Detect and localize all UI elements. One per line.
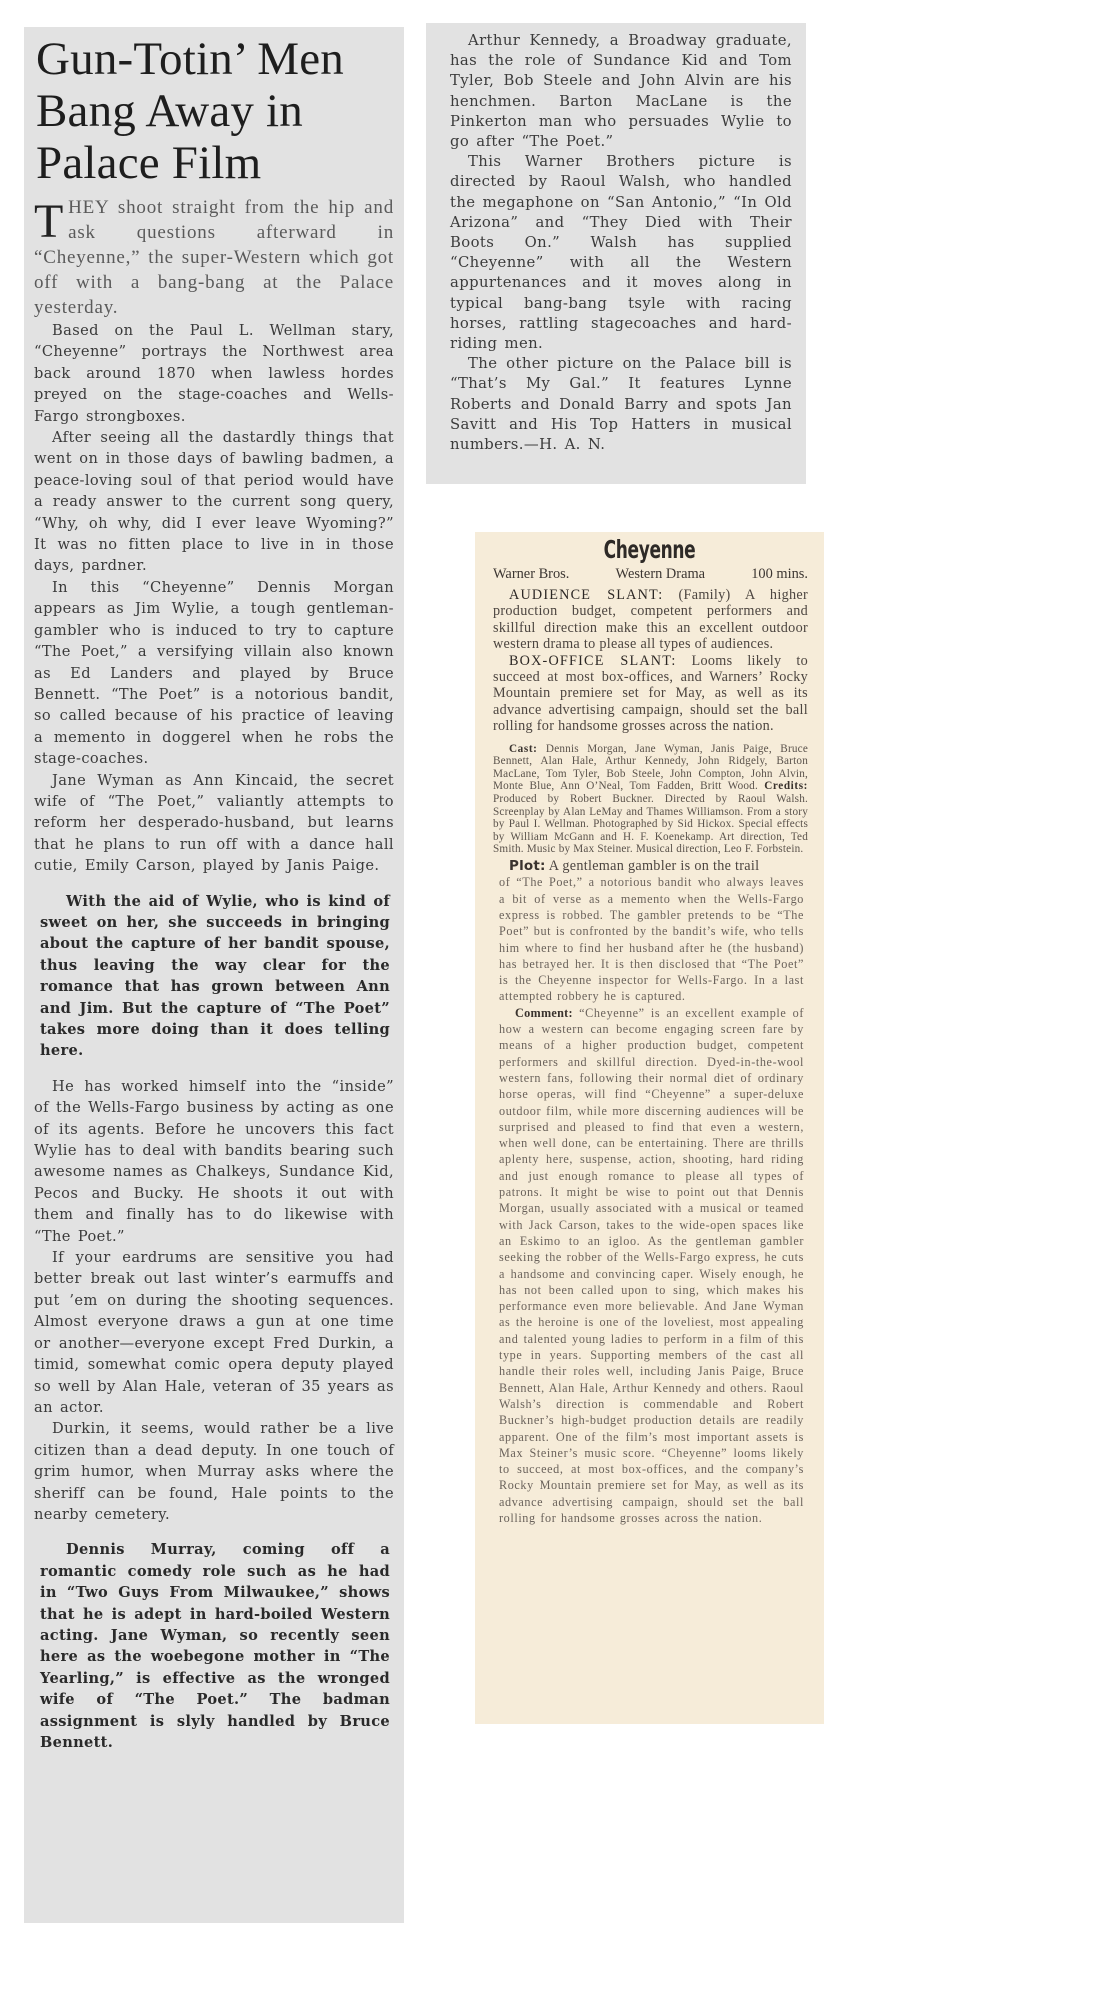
review-studio: Warner Bros. bbox=[493, 566, 569, 583]
article-paragraph: Based on the Paul L. Wellman stary, “Che… bbox=[34, 320, 394, 427]
article-lead-paragraph: THEY shoot straight from the hip and ask… bbox=[34, 195, 394, 320]
audience-slant: AUDIENCE SLANT: (Family) A higher produc… bbox=[493, 587, 808, 653]
comment-label: Comment: bbox=[515, 1006, 573, 1020]
review-title: Cheyenne bbox=[539, 535, 760, 564]
article-continuation-panel: Arthur Kennedy, a Broadway graduate, has… bbox=[426, 23, 806, 484]
credits-text: Produced by Robert Buckner. Directed by … bbox=[493, 793, 808, 855]
continuation-paragraph: The other picture on the Palace bill is … bbox=[450, 354, 792, 455]
plot-label: Plot: bbox=[509, 858, 546, 874]
spacer bbox=[34, 1525, 394, 1539]
article-paragraph: If your eardrums are sensitive you had b… bbox=[34, 1247, 394, 1418]
plot-text: of “The Poet,” a notorious bandit who al… bbox=[499, 874, 804, 1004]
plot-text-first: A gentleman gambler is on the trail bbox=[549, 858, 760, 874]
drop-cap: T bbox=[34, 201, 64, 243]
article-paragraph: Jane Wyman as Ann Kincaid, the secret wi… bbox=[34, 770, 394, 877]
article-paragraph: After seeing all the dastardly things th… bbox=[34, 427, 394, 577]
review-runtime: 100 mins. bbox=[751, 566, 808, 583]
spacer bbox=[34, 877, 394, 891]
newspaper-article-panel: Gun-Totin’ Men Bang Away in Palace Film … bbox=[24, 27, 404, 1923]
cast-credits: Cast: Dennis Morgan, Jane Wyman, Janis P… bbox=[493, 743, 808, 856]
boxoffice-slant-label: BOX-OFFICE SLANT: bbox=[509, 653, 677, 669]
comment-text: “Cheyenne” is an excellent example of ho… bbox=[499, 1006, 804, 1525]
review-genre: Western Drama bbox=[616, 566, 706, 583]
cast-text: Dennis Morgan, Jane Wyman, Janis Paige, … bbox=[493, 743, 808, 793]
continuation-paragraph: Arthur Kennedy, a Broadway graduate, has… bbox=[450, 31, 792, 152]
review-meta-row: Warner Bros. Western Drama 100 mins. bbox=[493, 566, 808, 583]
spacer bbox=[34, 1062, 394, 1076]
boxoffice-slant: BOX-OFFICE SLANT: Looms likely to succee… bbox=[493, 653, 808, 735]
article-paragraph: Durkin, it seems, would rather be a live… bbox=[34, 1418, 394, 1525]
article-paragraph: In this “Cheyenne” Dennis Morgan appears… bbox=[34, 577, 394, 770]
article-bold-paragraph: Dennis Murray, coming off a romantic com… bbox=[34, 1539, 394, 1753]
comment: Comment: “Cheyenne” is an excellent exam… bbox=[499, 1005, 804, 1527]
article-bold-paragraph: With the aid of Wylie, who is kind of sw… bbox=[34, 891, 394, 1062]
trade-review-panel: Cheyenne Warner Bros. Western Drama 100 … bbox=[475, 532, 824, 1724]
cast-label: Cast: bbox=[509, 743, 537, 755]
plot-first-line: Plot: A gentleman gambler is on the trai… bbox=[493, 858, 808, 874]
article-paragraph: He has worked himself into the “inside” … bbox=[34, 1076, 394, 1247]
article-headline: Gun-Totin’ Men Bang Away in Palace Film bbox=[36, 33, 394, 189]
audience-slant-label: AUDIENCE SLANT: bbox=[509, 587, 663, 603]
continuation-paragraph: This Warner Brothers picture is directed… bbox=[450, 152, 792, 354]
credits-label: Credits: bbox=[764, 780, 808, 792]
lead-text: HEY shoot straight from the hip and ask … bbox=[34, 197, 394, 318]
